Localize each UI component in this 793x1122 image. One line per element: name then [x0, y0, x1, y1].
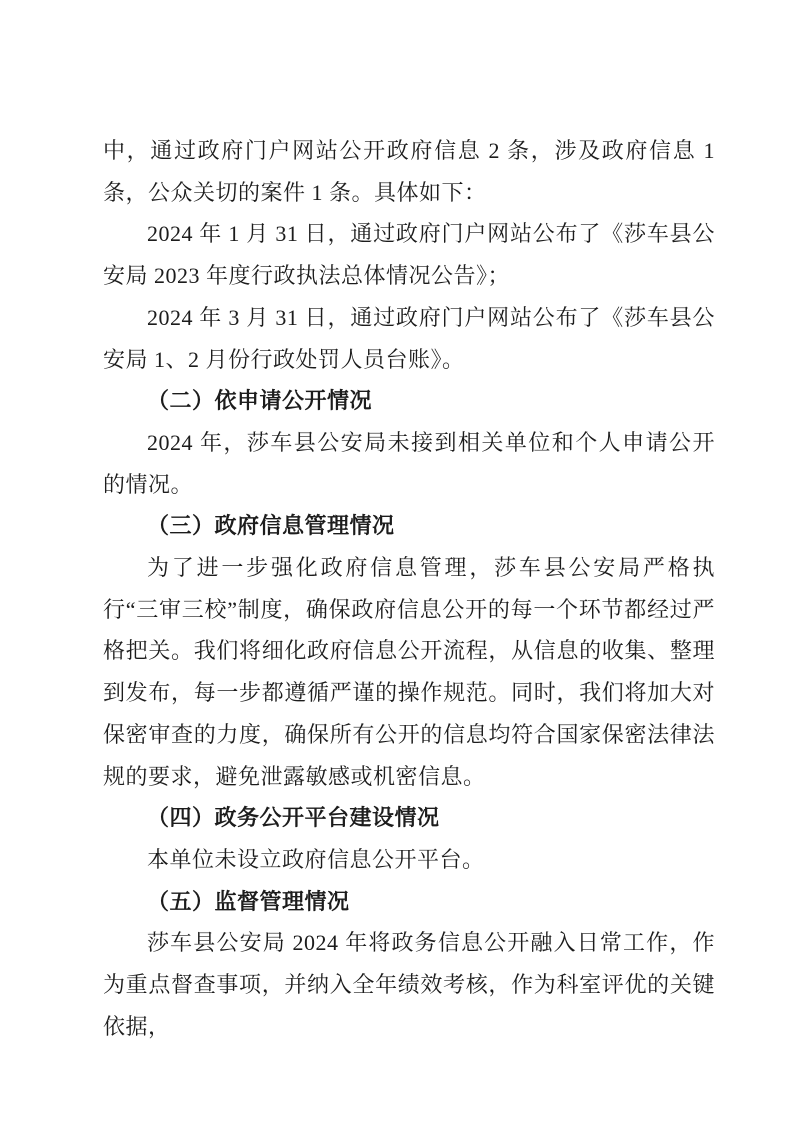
body-paragraph: 2024 年 1 月 31 日，通过政府门户网站公布了《莎车县公安局 2023 …	[103, 213, 715, 296]
document-body: 中，通过政府门户网站公开政府信息 2 条，涉及政府信息 1 条，公众关切的案件 …	[103, 130, 715, 1047]
section-heading: （三）政府信息管理情况	[103, 505, 715, 547]
body-paragraph: 本单位未设立政府信息公开平台。	[103, 839, 715, 881]
document-page: 中，通过政府门户网站公开政府信息 2 条，涉及政府信息 1 条，公众关切的案件 …	[0, 0, 793, 1122]
section-heading: （五）监督管理情况	[103, 881, 715, 923]
section-heading: （四）政务公开平台建设情况	[103, 797, 715, 839]
body-paragraph: 莎车县公安局 2024 年将政务信息公开融入日常工作，作为重点督查事项，并纳入全…	[103, 922, 715, 1047]
body-paragraph: 为了进一步强化政府信息管理，莎车县公安局严格执行“三审三校”制度，确保政府信息公…	[103, 547, 715, 797]
section-heading: （二）依申请公开情况	[103, 380, 715, 422]
body-paragraph: 2024 年 3 月 31 日，通过政府门户网站公布了《莎车县公安局 1、2 月…	[103, 297, 715, 380]
body-paragraph: 中，通过政府门户网站公开政府信息 2 条，涉及政府信息 1 条，公众关切的案件 …	[103, 130, 715, 213]
body-paragraph: 2024 年，莎车县公安局未接到相关单位和个人申请公开的情况。	[103, 422, 715, 505]
